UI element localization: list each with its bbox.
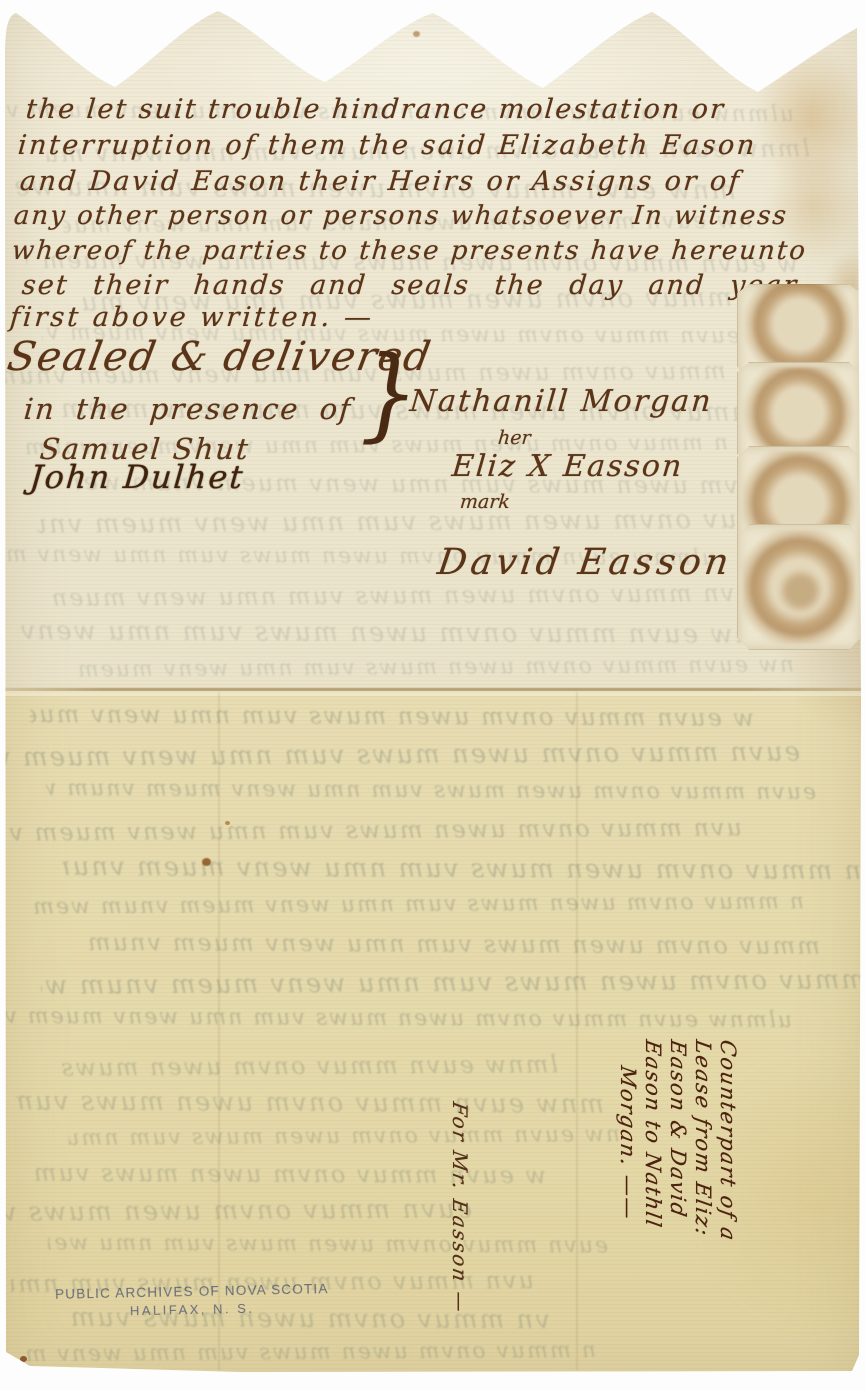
signature-elizabeth-easson: Eliz X Easson — [450, 449, 684, 484]
body-line: first above written. — — [9, 302, 376, 333]
body-line: the let suit trouble hindrance molestati… — [25, 94, 727, 125]
docket-line: Eason to Nathll — [640, 1038, 665, 1340]
signature-david-easson: David Easson — [435, 542, 735, 583]
wax-seal-impression — [743, 367, 855, 459]
docket-note-for-mr-easson: For Mr. Easson — — [430, 1097, 472, 1344]
body-line: whereof the parties to these presents ha… — [11, 236, 809, 266]
signature-her-label: her — [497, 427, 532, 449]
docket-line: Eason & David — [665, 1038, 690, 1340]
docket-line: Counterpart of a — [715, 1038, 740, 1340]
body-line: interruption of them the said Elizabeth … — [17, 130, 758, 161]
scanned-document: ulmnw euvn mmuv onvm uwen muws vum nmu w… — [0, 0, 866, 1391]
body-line: any other person or persons whatsoever I… — [13, 201, 790, 231]
docket-line: Morgan. —— — [615, 1038, 640, 1340]
archive-stamp: PUBLIC ARCHIVES OF NOVA SCOTIA HALIFAX, … — [36, 1281, 349, 1321]
docket-line: Lease from Eliz: — [690, 1038, 715, 1340]
body-line: and David Eason their Heirs or Assigns o… — [19, 166, 743, 197]
wax-seal — [737, 524, 861, 650]
attestation-presence-line: in the presence of — [23, 392, 354, 426]
body-line: set their hands and seals the day and ye… — [21, 270, 800, 301]
signature-mark-label: mark — [459, 491, 511, 513]
wax-seal-center — [760, 547, 838, 626]
docket-endorsement: Counterpart of a Lease from Eliz: Eason … — [614, 1040, 740, 1338]
signature-nathaniel-morgan: Nathanill Morgan — [408, 384, 714, 419]
document-page: ulmnw euvn mmuv onvm uwen muws vum nmu w… — [0, 0, 866, 1391]
witness-signature-john: John Dulhet — [28, 458, 246, 496]
wax-seal-impression — [745, 276, 852, 373]
